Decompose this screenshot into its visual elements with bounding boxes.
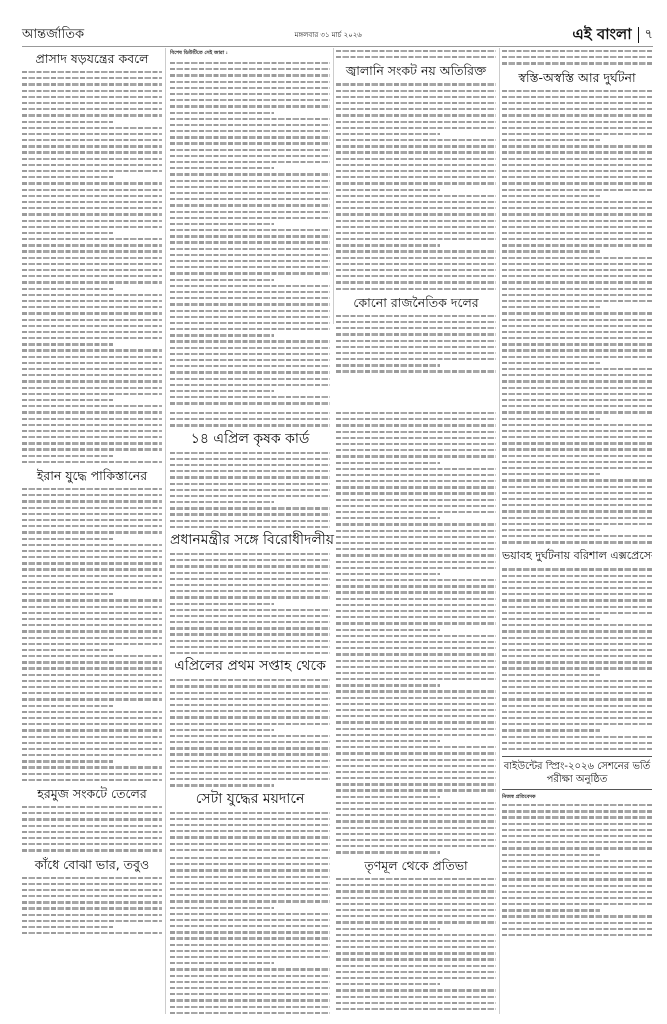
- masthead: আন্তর্জাতিক মঙ্গলবার ৩১ মার্চ ২০২৬ এই বা…: [22, 24, 653, 47]
- center-bottom: তৃণমূল থেকে প্রতিভা: [170, 855, 496, 1015]
- brand-logo: এই বাংলা: [572, 23, 631, 48]
- headline: প্রধানমন্ত্রীর সঙ্গে বিরোধীদলীয়: [170, 533, 330, 548]
- article-body: [22, 69, 162, 465]
- article-body: [502, 48, 652, 67]
- article-body: [170, 810, 330, 855]
- article-body: [336, 876, 496, 1012]
- article-body: [170, 677, 330, 788]
- article-body: [336, 313, 496, 375]
- center-bottom-right: তৃণমূল থেকে প্রতিভা: [336, 855, 496, 1015]
- article-body: [170, 855, 330, 1015]
- headline: প্রাসাদ ষড়যন্ত্রের কবলে: [22, 51, 162, 66]
- center-spread-left: ১৪ এপ্রিল কৃষক কার্ড প্রধানমন্ত্রীর সঙ্গ…: [170, 410, 330, 855]
- article-body: [336, 48, 496, 60]
- section-label: আন্তর্জাতিক: [22, 25, 84, 46]
- text-line: [336, 286, 496, 292]
- text-line: [502, 932, 652, 938]
- article-body: [170, 60, 330, 407]
- headline: ১৪ এপ্রিল কৃষক কার্ড: [170, 432, 330, 447]
- column-rule: [333, 48, 334, 324]
- byline: নিজস্ব প্রতিবেদক: [502, 794, 652, 802]
- text-line: [170, 422, 330, 428]
- headline: জ্বালানি সংকট নয় অতিরিক্ত: [336, 63, 496, 78]
- article-body: [502, 802, 652, 938]
- column-left: প্রাসাদ ষড়যন্ত্রের কবলে ইরান যুদ্ধে পাক…: [22, 48, 162, 1014]
- center-spread: ১৪ এপ্রিল কৃষক কার্ড প্রধানমন্ত্রীর সঙ্গ…: [170, 410, 496, 855]
- headline: ভয়াবহ দুর্ঘটনায় বরিশাল এক্সপ্রেসের: [502, 548, 652, 563]
- column-rule: [165, 48, 166, 1014]
- text-line: [170, 400, 330, 406]
- text-line: [336, 368, 496, 374]
- text-line: [502, 539, 652, 545]
- column-center-right: জ্বালানি সংকট নয় অতিরিক্ত কোনো রাজনৈতিক…: [336, 48, 496, 408]
- headline: কোনো রাজনৈতিক দলের: [336, 295, 496, 310]
- headline: তৃণমূল থেকে প্রতিভা: [336, 858, 496, 873]
- article-body: [336, 81, 496, 291]
- article-body: [22, 875, 162, 937]
- boxed-headline: বাইউন্টের স্প্রিং-২০২৬ সেশনের ভর্তি পরীক…: [502, 756, 652, 790]
- text-line: [22, 459, 162, 465]
- text-line: [170, 650, 330, 656]
- headline: ইরান যুদ্ধে পাকিস্তানের: [22, 468, 162, 483]
- center-spread-right: [336, 410, 496, 855]
- article-body: [22, 486, 162, 783]
- center-bottom-left: [170, 855, 330, 1015]
- text-line: [170, 782, 330, 788]
- article-body: [170, 551, 330, 656]
- text-line: [22, 847, 162, 853]
- headline: সেটা যুদ্ধের ময়দানে: [170, 792, 330, 807]
- column-rule: [499, 48, 500, 1014]
- brand: এই বাংলা ৭: [572, 23, 653, 48]
- article-body: [502, 566, 652, 752]
- newspaper-page: আন্তর্জাতিক মঙ্গলবার ৩১ মার্চ ২০২৬ এই বা…: [0, 0, 667, 1024]
- text-line: [336, 54, 496, 60]
- article-body: [170, 450, 330, 530]
- issue-date: মঙ্গলবার ৩১ মার্চ ২০২৬: [295, 29, 362, 41]
- text-line: [502, 60, 652, 66]
- divider: [638, 27, 639, 43]
- article-body: [336, 410, 496, 855]
- page-number: ৭: [645, 25, 653, 46]
- article-body: [22, 804, 162, 854]
- text-line: [22, 777, 162, 783]
- kicker: বিশেষ ডিউটিতে সেই জারা :: [170, 50, 330, 58]
- text-line: [170, 1010, 330, 1015]
- column-right: স্বস্তি-অস্বস্তি আর দুর্ঘটনা ভয়াবহ দুর্…: [502, 48, 652, 1014]
- article-body: [502, 88, 652, 546]
- text-line: [336, 1006, 496, 1012]
- headline: স্বস্তি-অস্বস্তি আর দুর্ঘটনা: [502, 70, 652, 85]
- article-body: [170, 410, 330, 429]
- headline: হরমুজ সংকটে তেলের: [22, 786, 162, 801]
- column-center-left: বিশেষ ডিউটিতে সেই জারা :: [170, 48, 330, 408]
- text-line: [170, 524, 330, 530]
- text-line: [502, 746, 652, 752]
- headline: এপ্রিলের প্রথম সপ্তাহ থেকে: [170, 659, 330, 674]
- headline: কাঁধে বোঝা ভার, তবুও: [22, 857, 162, 872]
- text-line: [22, 930, 162, 936]
